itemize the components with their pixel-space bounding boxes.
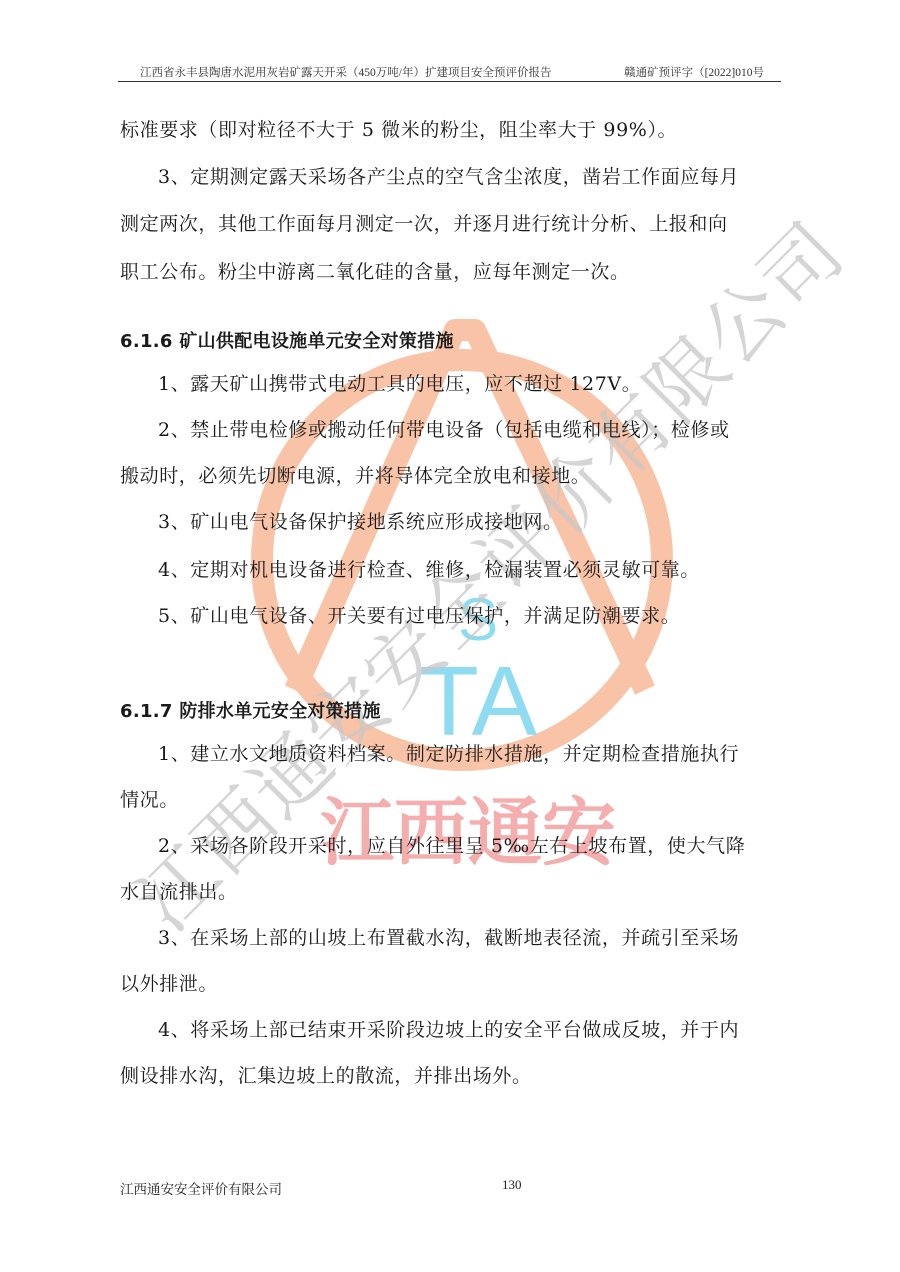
paragraph-line: 职工公布。粉尘中游离二氧化硅的含量，应每年测定一次。 [120,260,630,284]
report-code: 赣通矿预评字（[2022]010号 [624,64,764,80]
paragraph-line: 以外排泄。 [120,972,218,996]
paragraph-line: 4、定期对机电设备进行检查、维修，检漏装置必须灵敏可靠。 [158,558,700,582]
report-title: 江西省永丰县陶唐水泥用灰岩矿露天开采（450万吨/年）扩建项目安全预评价报告 [140,64,551,80]
paragraph-line: 水自流排出。 [120,880,238,904]
running-header: 江西省永丰县陶唐水泥用灰岩矿露天开采（450万吨/年）扩建项目安全预评价报告 赣… [120,60,780,82]
paragraph-line: 3、定期测定露天采场各产尘点的空气含尘浓度，凿岩工作面应每月 [158,165,739,189]
paragraph-line: 5、矿山电气设备、开关要有过电压保护，并满足防潮要求。 [158,604,680,628]
header-divider [118,81,781,82]
paragraph-line: 侧设排水沟，汇集边坡上的散流，并排出场外。 [120,1064,532,1088]
paragraph-line: 搬动时，必须先切断电源，并将导体完全放电和接地。 [120,464,590,488]
section-heading-6-1-6: 6.1.6 矿山供配电设施单元安全对策措施 [120,330,454,354]
paragraph-line: 2、禁止带电检修或搬动任何带电设备（包括电缆和电线）；检修或 [158,418,730,442]
footer-company: 江西通安安全评价有限公司 [120,1178,282,1198]
paragraph-line: 标准要求（即对粒径不大于 5 微米的粉尘，阻尘率大于 99%）。 [120,118,677,142]
paragraph-line: 情况。 [120,788,179,812]
section-heading-6-1-7: 6.1.7 防排水单元安全对策措施 [120,700,381,724]
paragraph-line: 2、采场各阶段开采时，应自外往里呈 5‰左右上坡布置，使大气降 [158,834,745,858]
paragraph-line: 1、露天矿山携带式电动工具的电压，应不超过 127V。 [158,372,641,396]
page-number: 130 [502,1177,522,1193]
paragraph-line: 3、矿山电气设备保护接地系统应形成接地网。 [158,510,563,534]
svg-text:TA: TA [419,646,538,756]
paragraph-line: 1、建立水文地质资料档案。制定防排水措施，并定期检查措施执行 [158,742,739,766]
paragraph-line: 测定两次，其他工作面每月测定一次，并逐月进行统计分析、上报和向 [120,212,728,236]
watermark-brand-text: 江西通安 [320,790,616,876]
paragraph-line: 4、将采场上部已结束开采阶段边坡上的安全平台做成反坡，并于内 [158,1018,739,1042]
paragraph-line: 3、在采场上部的山坡上布置截水沟，截断地表径流，并疏引至采场 [158,926,739,950]
